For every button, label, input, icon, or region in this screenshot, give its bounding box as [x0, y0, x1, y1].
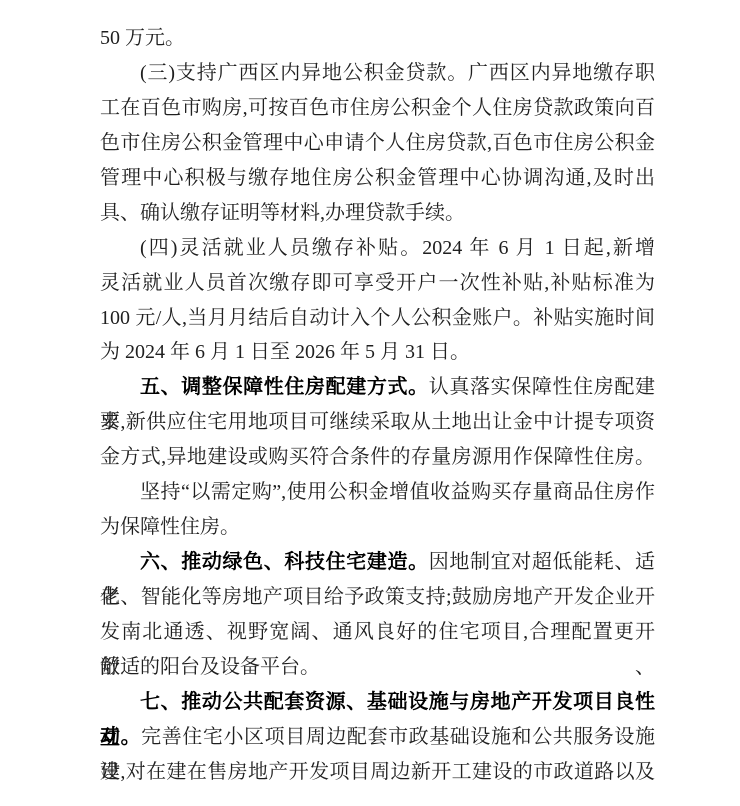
text-line: 求,新供应住宅用地项目可继续采取从土地出让金中计提专项资	[100, 404, 655, 439]
text-line: (三)支持广西区内异地公积金贷款。广西区内异地缴存职	[100, 55, 655, 90]
line-text: 化、智能化等房地产项目给予政策支持;鼓励房地产开发企业开	[100, 586, 655, 608]
text-line: 设,对在建在售房地产开发项目周边新开工建设的市政道路以及	[100, 754, 655, 789]
line-text: 色市住房公积金管理中心申请个人住房贷款,百色市住房公积金	[100, 132, 655, 154]
line-text: 金方式,异地建设或购买符合条件的存量房源用作保障性住房。	[100, 446, 655, 468]
text-line: 六、推动绿色、科技住宅建造。因地制宜对超低能耗、适老	[100, 544, 655, 579]
line-text: 求,新供应住宅用地项目可继续采取从土地出让金中计提专项资	[100, 411, 655, 433]
text-line: 具、确认缴存证明等材料,办理贷款手续。	[100, 195, 655, 230]
text-line: 坚持“以需定购”,使用公积金增值收益购买存量商品住房作	[100, 474, 655, 509]
text-line: (四)灵活就业人员缴存补贴。2024 年 6 月 1 日起,新增	[100, 230, 655, 265]
document-page: 50 万元。 (三)支持广西区内异地公积金贷款。广西区内异地缴存职 工在百色市购…	[0, 0, 740, 806]
text-line: 发南北通透、视野宽阔、通风良好的住宅项目,合理配置更开敞、	[100, 614, 655, 649]
section-heading: 六、推动绿色、科技住宅建造。	[140, 549, 429, 573]
text-line: 色市住房公积金管理中心申请个人住房贷款,百色市住房公积金	[100, 125, 655, 160]
line-text: 工在百色市购房,可按百色市住房公积金个人住房贷款政策向百	[100, 97, 655, 119]
line-text: 管理中心积极与缴存地住房公积金管理中心协调沟通,及时出	[100, 167, 655, 189]
text-line: 50 万元。	[100, 20, 655, 55]
text-line: 为保障性住房。	[100, 509, 655, 544]
text-line: 化、智能化等房地产项目给予政策支持;鼓励房地产开发企业开	[100, 579, 655, 614]
line-text: 设,对在建在售房地产开发项目周边新开工建设的市政道路以及	[100, 761, 655, 783]
line-text: 为 2024 年 6 月 1 日至 2026 年 5 月 31 日。	[100, 341, 470, 363]
text-line: 为 2024 年 6 月 1 日至 2026 年 5 月 31 日。	[100, 334, 655, 369]
line-text: 具、确认缴存证明等材料,办理贷款手续。	[100, 202, 465, 224]
text-line: 工在百色市购房,可按百色市住房公积金个人住房贷款政策向百	[100, 90, 655, 125]
line-text: (四)灵活就业人员缴存补贴。2024 年 6 月 1 日起,新增	[140, 237, 655, 259]
section-heading: 五、调整保障性住房配建方式。	[140, 374, 429, 398]
text-line: 金方式,异地建设或购买符合条件的存量房源用作保障性住房。	[100, 439, 655, 474]
text-line: 管理中心积极与缴存地住房公积金管理中心协调沟通,及时出	[100, 160, 655, 195]
line-text: (三)支持广西区内异地公积金贷款。广西区内异地缴存职	[140, 62, 655, 84]
line-text: 50 万元。	[100, 27, 185, 49]
line-text: 100 元/人,当月月结后自动计入个人公积金账户。补贴实施时间	[100, 307, 655, 329]
line-text: 为保障性住房。	[100, 516, 240, 538]
document-text-block: 50 万元。 (三)支持广西区内异地公积金贷款。广西区内异地缴存职 工在百色市购…	[100, 20, 655, 789]
section-heading: 动。	[100, 724, 141, 748]
text-line: 100 元/人,当月月结后自动计入个人公积金账户。补贴实施时间	[100, 300, 655, 335]
text-line: 七、推动公共配套资源、基础设施与房地产开发项目良性互	[100, 684, 655, 719]
line-text: 坚持“以需定购”,使用公积金增值收益购买存量商品住房作	[140, 481, 655, 503]
text-line: 五、调整保障性住房配建方式。认真落实保障性住房配建要	[100, 369, 655, 404]
line-text: 舒适的阳台及设备平台。	[100, 656, 320, 678]
line-text: 灵活就业人员首次缴存即可享受开户一次性补贴,补贴标准为	[100, 272, 655, 294]
text-line: 灵活就业人员首次缴存即可享受开户一次性补贴,补贴标准为	[100, 265, 655, 300]
text-line: 动。完善住宅小区项目周边配套市政基础设施和公共服务设施建	[100, 719, 655, 754]
